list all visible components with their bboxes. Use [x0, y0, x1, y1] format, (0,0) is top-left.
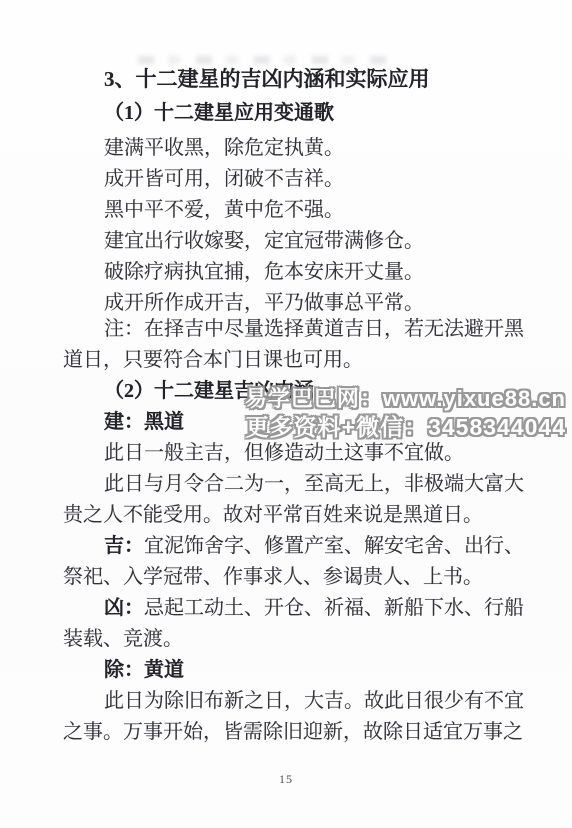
watermark-site-line: 易学巴巴网：www.yixue88.cn: [245, 384, 566, 413]
page-number: 15: [0, 772, 572, 787]
page-title: 3、十二建星的吉凶内涵和实际应用: [63, 64, 533, 95]
paragraph-line: 之事。万事开始，皆需除旧迎新，故除日适宜万事之: [63, 717, 533, 748]
inauspicious-label: 凶：: [104, 597, 144, 619]
verse-line: 破除疗病执宜捕，危本安床开丈量。: [63, 257, 533, 288]
scan-smudge-artifact: [138, 56, 390, 64]
site-watermark: 易学巴巴网：www.yixue88.cn 更多资料+微信：3458344044: [245, 384, 566, 442]
paragraph-line: 此日为除旧布新之日，大吉。故此日很少有不宜: [63, 686, 533, 717]
note-line: 道日，只要符合本门日课也可用。: [63, 345, 533, 376]
verse-line: 建宜出行收嫁娶，定宜冠带满修仓。: [63, 226, 533, 257]
paragraph-line: 此日与月令合二为一，至高无上，非极端大富大: [63, 469, 533, 500]
auspicious-line: 吉：宜泥饰舍字、修置产室、解安宅舍、出行、: [63, 531, 533, 562]
paragraph-line: 贵之人不能受用。故对平常百姓来说是黑道日。: [63, 500, 533, 531]
term-heading-chu: 除：黄道: [63, 655, 533, 686]
verse-line: 黑中平不爱，黄中危不强。: [63, 195, 533, 226]
inauspicious-line: 装载、竞渡。: [63, 624, 533, 655]
paragraph-line: 此日一般主吉，但修造动土这事不宜做。: [63, 438, 533, 469]
inauspicious-text: 忌起工动土、开仓、祈福、新船下水、行船: [144, 597, 524, 619]
note-line: 注：在择吉中尽量选择黄道吉日，若无法避开黑: [63, 314, 533, 345]
auspicious-label: 吉：: [104, 535, 144, 557]
verse-line: 成开皆可用，闭破不吉祥。: [63, 164, 533, 195]
auspicious-text: 宜泥饰舍字、修置产室、解安宅舍、出行、: [144, 535, 524, 557]
inauspicious-line: 凶：忌起工动土、开仓、祈福、新船下水、行船: [63, 593, 533, 624]
auspicious-line: 祭祀、入学冠带、作事求人、参谒贵人、上书。: [63, 562, 533, 593]
section1-heading: （1）十二建星应用变通歌: [63, 98, 533, 129]
watermark-contact-line: 更多资料+微信：3458344044: [245, 413, 566, 442]
document-page: 3、十二建星的吉凶内涵和实际应用 （1）十二建星应用变通歌 建满平收黑，除危定执…: [0, 0, 572, 828]
verse-line: 建满平收黑，除危定执黄。: [63, 133, 533, 164]
